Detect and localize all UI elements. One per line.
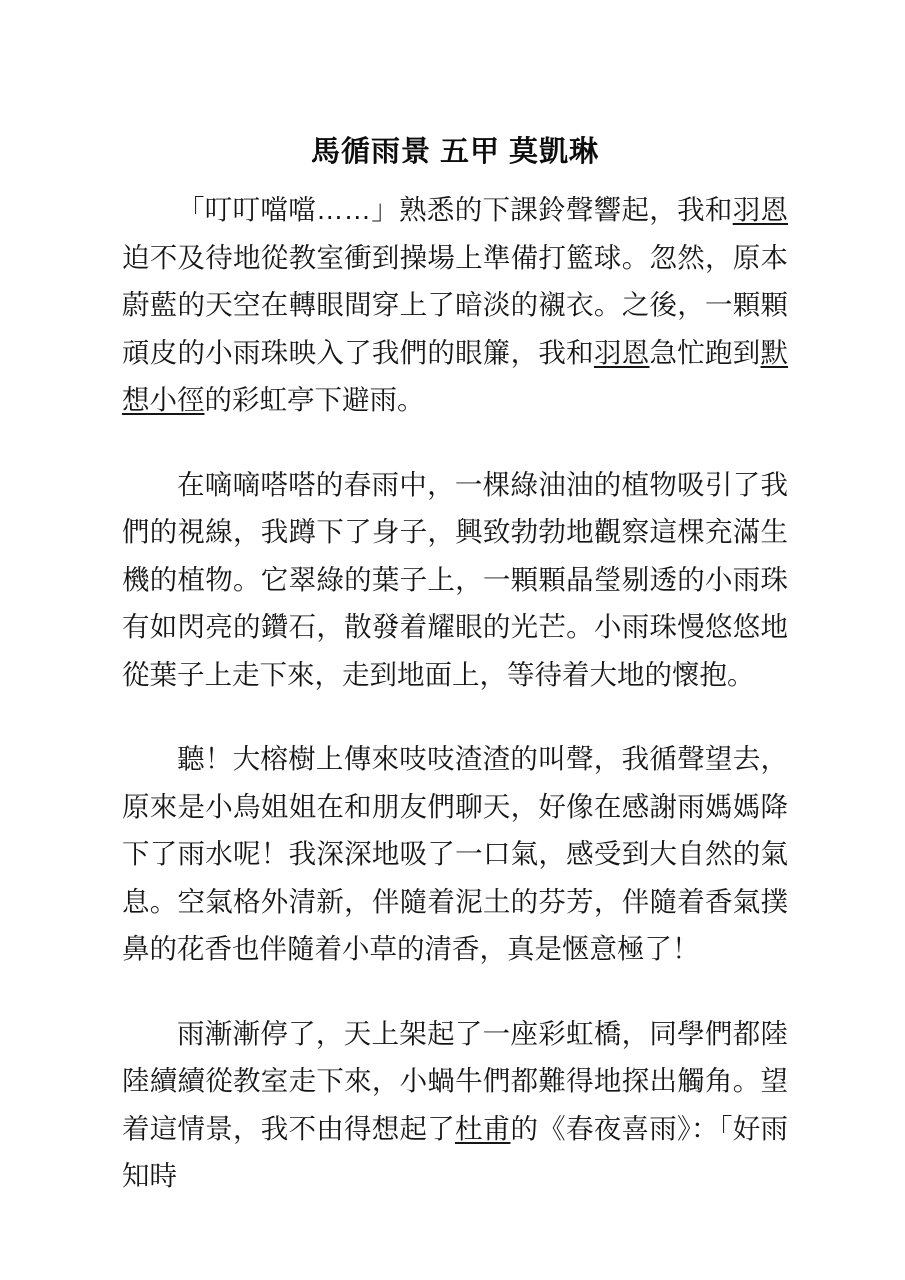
essay-paragraph: 在嘀嘀嗒嗒的春雨中，一棵綠油油的植物吸引了我們的視線，我蹲下了身子，興致勃勃地觀… <box>122 461 788 699</box>
text-run: 在嘀嘀嗒嗒的春雨中，一棵綠油油的植物吸引了我們的視線，我蹲下了身子，興致勃勃地觀… <box>122 469 788 690</box>
text-run: 的彩虹亭下避雨。 <box>205 384 425 415</box>
essay-paragraph: 聽！大榕樹上傳來吱吱渣渣的叫聲，我循聲望去，原來是小鳥姐姐在和朋友們聊天，好像在… <box>122 735 788 973</box>
underlined-proper-noun: 羽恩 <box>594 337 650 368</box>
underlined-proper-noun: 杜甫 <box>455 1113 511 1144</box>
text-run: 聽！大榕樹上傳來吱吱渣渣的叫聲，我循聲望去，原來是小鳥姐姐在和朋友們聊天，好像在… <box>122 743 788 964</box>
essay-title: 馬循雨景 五甲 莫凱琳 <box>122 128 788 176</box>
essay-body: 「叮叮噹噹……」熟悉的下課鈴聲響起，我和羽恩迫不及待地從教室衝到操場上準備打籃球… <box>122 186 788 1200</box>
text-run: 急忙跑到 <box>649 337 760 368</box>
document-page: 馬循雨景 五甲 莫凱琳 「叮叮噹噹……」熟悉的下課鈴聲響起，我和羽恩迫不及待地從… <box>0 0 905 1280</box>
essay-paragraph: 雨漸漸停了，天上架起了一座彩虹橋，同學們都陸陸續續從教室走下來，小蝸牛們都難得地… <box>122 1010 788 1200</box>
underlined-proper-noun: 羽恩 <box>733 194 788 225</box>
text-run: 「叮叮噹噹……」熟悉的下課鈴聲響起，我和 <box>177 194 733 225</box>
essay-paragraph: 「叮叮噹噹……」熟悉的下課鈴聲響起，我和羽恩迫不及待地從教室衝到操場上準備打籃球… <box>122 186 788 424</box>
